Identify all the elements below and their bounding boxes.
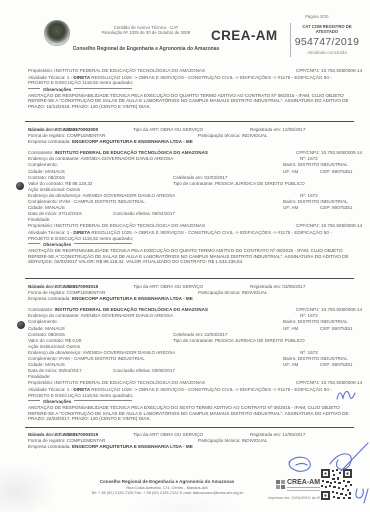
contracted-company-row: Empresa contratada: ENGECORP ARQUITETURA… bbox=[28, 139, 354, 145]
inner-squiggle-mark bbox=[296, 464, 307, 466]
hole-punch-dot bbox=[16, 182, 24, 190]
brazil-coat-of-arms-icon bbox=[44, 20, 70, 46]
registered-date: Registrada em: 12/05/2017 bbox=[250, 127, 305, 132]
technical-activity: Atividade Técnica: 1 - DIRETA RESOLUÇÃO … bbox=[28, 75, 354, 86]
technical-activity: Atividade Técnica: 1 - DIRETA RESOLUÇÃO … bbox=[28, 387, 354, 398]
contracted-company: ENGECORP ARQUITETURA E ENGENHARIA LTDA -… bbox=[72, 139, 193, 144]
logo-tagline-bars bbox=[287, 487, 321, 491]
art-type: Tipo da ART: OBRA OU SERVIÇO bbox=[133, 127, 203, 132]
closed-date: Baixada em: 22/01/2019 bbox=[28, 432, 78, 437]
record-divider bbox=[25, 121, 354, 122]
registered-date: Registrada em: 12/05/2017 bbox=[250, 432, 305, 437]
crea-am-footer-wordmark: CREA-AM bbox=[287, 479, 321, 486]
tick-mark bbox=[364, 489, 368, 503]
owner-row: Proprietário: INSTITUTO FEDERAL DE EDUCA… bbox=[28, 68, 354, 74]
closed-date: Baixada em: 22/01/2019 bbox=[28, 127, 78, 132]
observation-text: ANOTAÇÃO DE RESPONSABILIDADE TÉCNICA PEL… bbox=[28, 248, 354, 265]
contractor-cnpj: CPF/CNPJ: 10.792.928/0008-14 bbox=[296, 150, 362, 155]
hook-mark bbox=[356, 489, 363, 498]
record-art-093019: Número da ART: AM20170093019 Tipo da ART… bbox=[28, 432, 354, 450]
contracted-company: ENGECORP ARQUITETURA E ENGENHARIA LTDA -… bbox=[72, 444, 193, 449]
contracted-company-row: Empresa contratada: ENGECORP ARQUITETURA… bbox=[28, 444, 354, 450]
cat-status: Atividade concluída bbox=[294, 50, 360, 55]
observation-text: ANOTAÇÃO DE RESPONSABILIDADE TÉCNICA PEL… bbox=[28, 405, 354, 422]
scanned-document-page: Página 3/20 Certidão de Acervo Técnico -… bbox=[0, 0, 370, 512]
cat-box-title: CAT COM REGISTRO DE ATESTADO bbox=[294, 24, 360, 34]
closed-date: Baixada em: 22/01/2019 bbox=[28, 284, 78, 289]
owner: Proprietário: INSTITUTO FEDERAL DE EDUCA… bbox=[28, 68, 205, 73]
cat-number: 954747/2019 bbox=[294, 36, 360, 48]
crea-am-logo-icon bbox=[276, 480, 285, 489]
art-type: Tipo da ART: OBRA OU SERVIÇO bbox=[133, 432, 203, 437]
registered-date: Registrada em: 03/05/2017 bbox=[250, 284, 305, 289]
art-type: Tipo da ART: OBRA OU SERVIÇO bbox=[133, 284, 203, 289]
contractor: INSTITUTO FEDERAL DE EDUCAÇÃO TECNOLÓGIC… bbox=[55, 150, 208, 155]
footer-address-block: Conselho Regional de Engenharia e Agrono… bbox=[52, 479, 282, 495]
owner-cnpj: CPF/CNPJ: 10.792.928/0008-14 bbox=[296, 68, 362, 73]
record-art-093015: Número da ART: AM20170093015 Tipo da ART… bbox=[28, 284, 354, 422]
printed-timestamp: Impresso em: 19/04/2019, às 09:33 bbox=[268, 496, 326, 500]
record-art-093000: Número da ART: AM20170093000 Tipo da ART… bbox=[28, 127, 354, 265]
contracted-company-row: Empresa contratada: ENGECORP ARQUITETURA… bbox=[28, 296, 354, 302]
org-name-header: Conselho Regional de Engenharia e Agrono… bbox=[26, 46, 266, 52]
certificate-title-block: Certidão de Acervo Técnico - CAT Resoluç… bbox=[76, 25, 216, 36]
qr-code bbox=[320, 468, 353, 501]
cat-number-box: CAT COM REGISTRO DE ATESTADO 954747/2019… bbox=[294, 24, 360, 55]
owner-row: Proprietário: INSTITUTO FEDERAL DE EDUCA… bbox=[28, 223, 354, 229]
owner-row: Proprietário: INSTITUTO FEDERAL DE EDUCA… bbox=[28, 380, 354, 386]
crea-am-footer-logo: CREA-AM bbox=[276, 479, 321, 491]
header-divider bbox=[290, 23, 291, 57]
crea-am-wordmark: CREA-AM bbox=[211, 28, 278, 43]
page-number: Página 3/20 bbox=[305, 14, 328, 19]
record-continuation: Proprietário: INSTITUTO FEDERAL DE EDUCA… bbox=[28, 68, 354, 109]
contractor: INSTITUTO FEDERAL DE EDUCAÇÃO TECNOLÓGIC… bbox=[55, 307, 208, 312]
technical-participation: Participação técnica: INDIVIDUAL bbox=[198, 133, 267, 138]
registration-form: Forma de registro: COMPLEMENTAR bbox=[28, 133, 105, 138]
record-divider bbox=[25, 278, 354, 279]
observation-text: ANOTAÇÃO DE RESPONSABILIDADE TÉCNICA PEL… bbox=[28, 93, 354, 110]
technical-activity: Atividade Técnica: 1 - DIRETA RESOLUÇÃO … bbox=[28, 230, 354, 241]
footer-contact-line: Tel: + 55 (92) 2125-7126 Fax: + 55 (92) … bbox=[52, 490, 282, 495]
record-divider bbox=[25, 427, 354, 428]
certificate-resolution: Resolução Nº 1025 de 30 de Outubro de 20… bbox=[76, 30, 216, 35]
circle-mark bbox=[289, 457, 310, 471]
hole-punch-dot bbox=[17, 321, 25, 329]
contracted-company: ENGECORP ARQUITETURA E ENGENHARIA LTDA -… bbox=[72, 296, 193, 301]
